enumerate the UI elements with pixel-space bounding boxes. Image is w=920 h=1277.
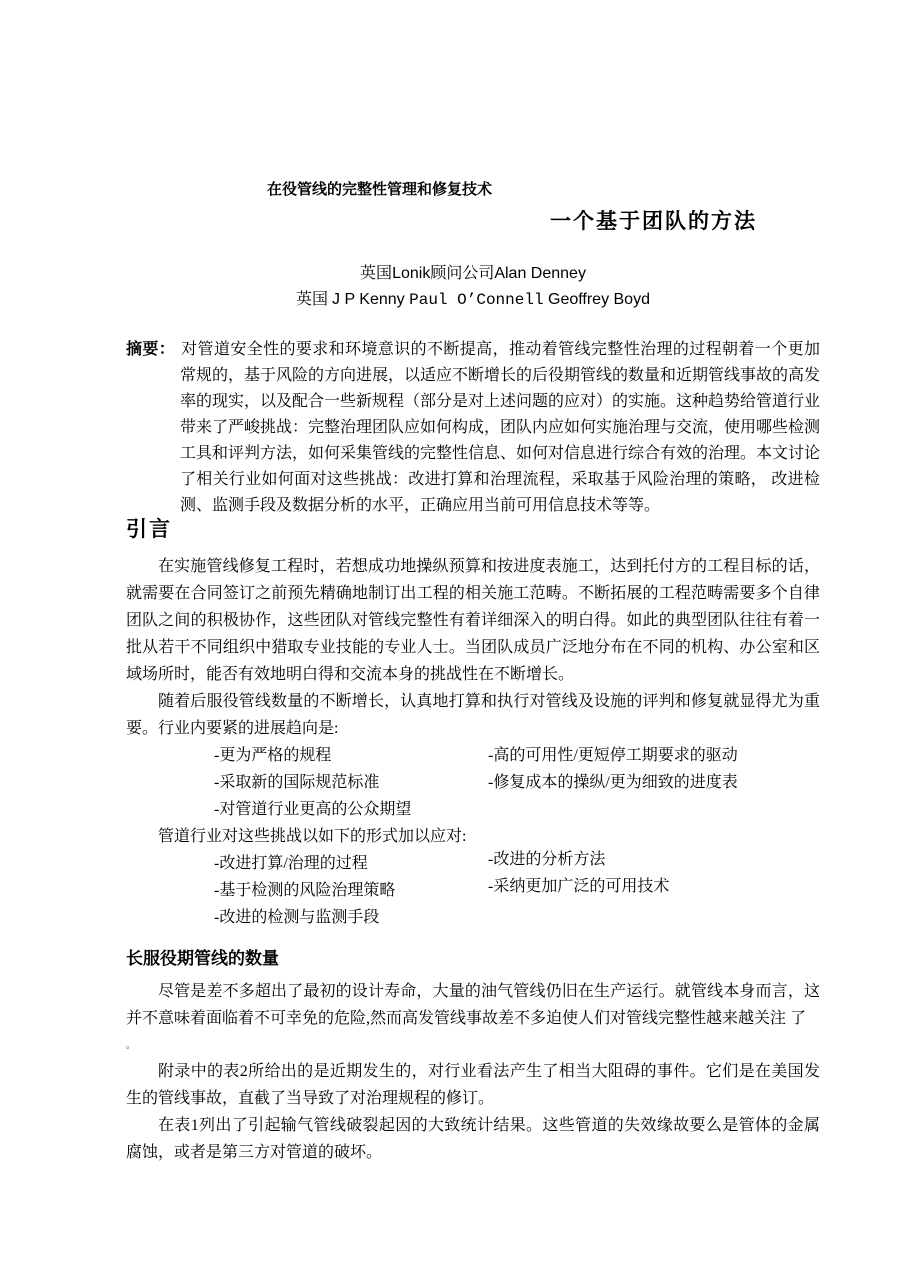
trend-list-row: -对管道行业更高的公众期望 xyxy=(214,796,820,823)
trend-list-row: -更为严格的规程 -高的可用性/更短停工期要求的驱动 xyxy=(214,742,820,769)
abstract-paragraph: 摘要：对管道安全性的要求和环境意识的不断提高，推动着管线完整性治理的过程朝着一个… xyxy=(126,337,820,519)
list-item: -采取新的国际规范标准 xyxy=(214,769,488,796)
document-kicker: 在役管线的完整性管理和修复技术 xyxy=(267,180,820,200)
abstract-label: 摘要： xyxy=(126,341,175,358)
aging-paragraph-1: 尽管是差不多超出了最初的设计寿命，大量的油气管线仍旧在生产运行。就管线本身而言，… xyxy=(126,978,820,1032)
list-item: -对管道行业更高的公众期望 xyxy=(214,796,488,823)
author-segment: J P Kenny xyxy=(332,291,409,308)
author-line-1: 英国Lonik顾问公司Alan Denney xyxy=(126,261,820,287)
intro-paragraph-1: 在实施管线修复工程时，若想成功地操纵预算和按进度表施工，达到托付方的工程目标的话… xyxy=(126,553,820,688)
author-segment: Paul O’Connell xyxy=(409,291,543,309)
response-list-row: -基于检测的风险治理策略 -采纳更加广泛的可用技术 xyxy=(214,877,820,904)
aging-paragraph-3: 在表1列出了引起输气管线破裂起因的大致统计结果。这些管道的失效缘故要么是管体的金… xyxy=(126,1112,820,1166)
list-item: -改进打算/治理的过程 xyxy=(214,850,488,877)
section-heading-intro: 引言 xyxy=(126,515,820,545)
aging-paragraph-2: 附录中的表2所给出的是近期发生的，对行业看法产生了相当大阻碍的事件。它们是在美国… xyxy=(126,1058,820,1112)
document-page: 在役管线的完整性管理和修复技术 一个基于团队的方法 英国Lonik顾问公司Ala… xyxy=(0,0,920,1277)
list-item: -更为严格的规程 xyxy=(214,742,488,769)
document-title: 一个基于团队的方法 xyxy=(550,207,820,235)
author-segment: Alan Denney xyxy=(494,265,586,282)
abstract-text: 对管道安全性的要求和环境意识的不断提高，推动着管线完整性治理的过程朝着一个更加常… xyxy=(180,341,820,514)
response-list: -改进打算/治理的过程 -改进的分析方法 -基于检测的风险治理策略 -采纳更加广… xyxy=(126,850,820,931)
list-item: -改进的检测与监测手段 xyxy=(214,904,488,931)
intro-paragraph-2: 随着后服役管线数量的不断增长，认真地打算和执行对管线及设施的评判和修复就显得尤为… xyxy=(126,688,820,742)
author-segment: 顾问公司 xyxy=(430,265,494,282)
section-heading-aging: 长服役期管线的数量 xyxy=(126,947,820,970)
list-item: -改进的分析方法 xyxy=(488,846,605,873)
list-item: -高的可用性/更短停工期要求的驱动 xyxy=(488,742,738,769)
response-list-row: -改进的检测与监测手段 xyxy=(214,904,820,931)
list-item: -基于检测的风险治理策略 xyxy=(214,877,488,904)
trend-list: -更为严格的规程 -高的可用性/更短停工期要求的驱动 -采取新的国际规范标准 -… xyxy=(126,742,820,823)
list-item: -采纳更加广泛的可用技术 xyxy=(488,873,669,900)
author-block: 英国Lonik顾问公司Alan Denney 英国 J P Kenny Paul… xyxy=(126,261,820,313)
author-line-2: 英国 J P Kenny Paul O’Connell Geoffrey Boy… xyxy=(126,287,820,313)
orphan-period: 。 xyxy=(126,1032,820,1058)
author-segment: Lonik xyxy=(392,265,430,282)
author-segment: 英国 xyxy=(360,265,392,282)
author-segment: Geoffrey Boyd xyxy=(544,291,650,308)
author-segment: 英国 xyxy=(296,291,332,308)
trend-list-row: -采取新的国际规范标准 -修复成本的操纵/更为细致的进度表 xyxy=(214,769,820,796)
response-intro: 管道行业对这些挑战以如下的形式加以应对: xyxy=(126,823,820,850)
list-item: -修复成本的操纵/更为细致的进度表 xyxy=(488,769,738,796)
